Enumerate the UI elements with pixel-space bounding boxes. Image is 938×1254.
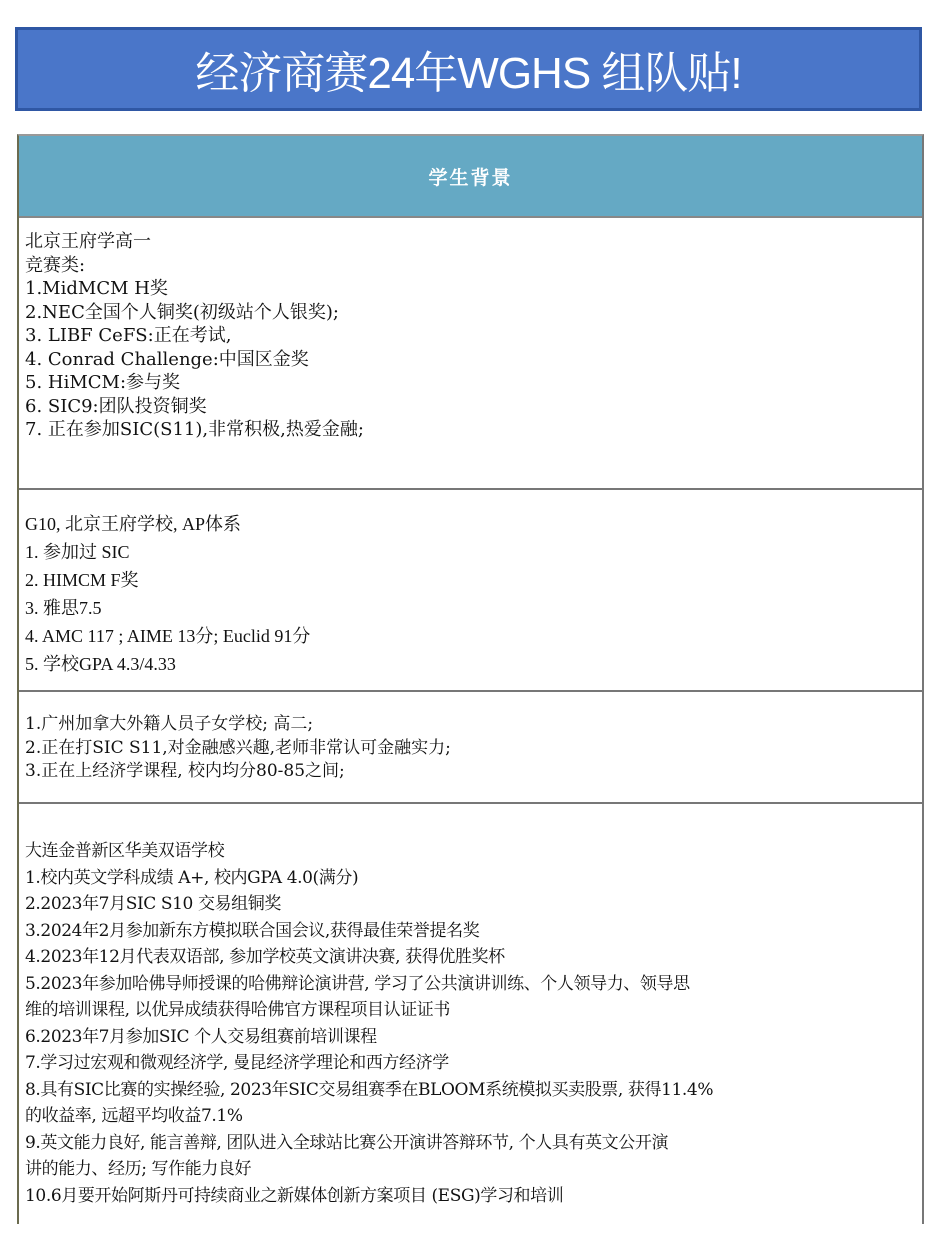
row-line: 3.2024年2月参加新东方模拟联合国会议,获得最佳荣誉提名奖 <box>25 918 916 945</box>
row-line: 3.正在上经济学课程, 校内均分80-85之间; <box>25 760 916 784</box>
row-line: 维的培训课程, 以优异成绩获得哈佛官方课程项目认证证书 <box>25 997 916 1024</box>
title-banner: 经济商赛24年WGHS 组队贴! <box>15 27 922 111</box>
row-line: 4.2023年12月代表双语部, 参加学校英文演讲决赛, 获得优胜奖杯 <box>25 944 916 971</box>
row-line: 5.2023年参加哈佛导师授课的哈佛辩论演讲营, 学习了公共演讲训练、个人领导力… <box>25 971 916 998</box>
row-line: 2. HIMCM F奖 <box>25 566 916 594</box>
row-line: 的收益率, 远超平均收益7.1% <box>25 1103 916 1130</box>
row-line: 2.2023年7月SIC S10 交易组铜奖 <box>25 891 916 918</box>
student-row-4: 大连金普新区华美双语学校 1.校内英文学科成绩 A+, 校内GPA 4.0(满分… <box>19 804 922 1224</box>
row-line: 10.6月要开始阿斯丹可持续商业之新媒体创新方案项目 (ESG)学习和培训 <box>25 1183 916 1210</box>
row-line: 2.正在打SIC S11,对金融感兴趣,老师非常认可金融实力; <box>25 737 916 761</box>
student-row-2: G10, 北京王府学校, AP体系 1. 参加过 SIC 2. HIMCM F奖… <box>19 490 922 692</box>
row-line: 讲的能力、经历; 写作能力良好 <box>25 1156 916 1183</box>
row-line: 1. 参加过 SIC <box>25 538 916 566</box>
student-row-1: 北京王府学高一 竞赛类: 1.MidMCM H奖 2.NEC全国个人铜奖(初级站… <box>19 218 922 490</box>
row-line: 9.英文能力良好, 能言善辩, 团队进入全球站比赛公开演讲答辩环节, 个人具有英… <box>25 1130 916 1157</box>
row-line: 6. SIC9:团队投资铜奖 <box>25 395 916 419</box>
row-line: 4. AMC 117 ; AIME 13分; Euclid 91分 <box>25 622 916 650</box>
row-line: 5. 学校GPA 4.3/4.33 <box>25 650 916 678</box>
row-line: G10, 北京王府学校, AP体系 <box>25 510 916 538</box>
row-line: 1.MidMCM H奖 <box>25 277 916 301</box>
page-title: 经济商赛24年WGHS 组队贴! <box>195 37 741 101</box>
student-row-3: 1.广州加拿大外籍人员子女学校; 高二; 2.正在打SIC S11,对金融感兴趣… <box>19 692 922 804</box>
row-line: 大连金普新区华美双语学校 <box>25 838 916 865</box>
row-line: 3. 雅思7.5 <box>25 594 916 622</box>
table-header-label: 学生背景 <box>428 163 512 190</box>
row-line: 4. Conrad Challenge:中国区金奖 <box>25 348 916 372</box>
row-line: 6.2023年7月参加SIC 个人交易组赛前培训课程 <box>25 1024 916 1051</box>
row-line: 7.学习过宏观和微观经济学, 曼昆经济学理论和西方经济学 <box>25 1050 916 1077</box>
row-line: 8.具有SIC比赛的实操经验, 2023年SIC交易组赛季在BLOOM系统模拟买… <box>25 1077 916 1104</box>
row-line: 5. HiMCM:参与奖 <box>25 371 916 395</box>
table-header: 学生背景 <box>19 136 922 218</box>
row-line: 1.广州加拿大外籍人员子女学校; 高二; <box>25 713 916 737</box>
row-line: 1.校内英文学科成绩 A+, 校内GPA 4.0(满分) <box>25 865 916 892</box>
row-line: 2.NEC全国个人铜奖(初级站个人银奖); <box>25 301 916 325</box>
student-background-table: 学生背景 北京王府学高一 竞赛类: 1.MidMCM H奖 2.NEC全国个人铜… <box>17 134 924 1224</box>
row-line: 7. 正在参加SIC(S11),非常积极,热爱金融; <box>25 418 916 442</box>
row-line: 3. LIBF CeFS:正在考试, <box>25 324 916 348</box>
row-line: 竞赛类: <box>25 254 916 278</box>
row-line: 北京王府学高一 <box>25 230 916 254</box>
